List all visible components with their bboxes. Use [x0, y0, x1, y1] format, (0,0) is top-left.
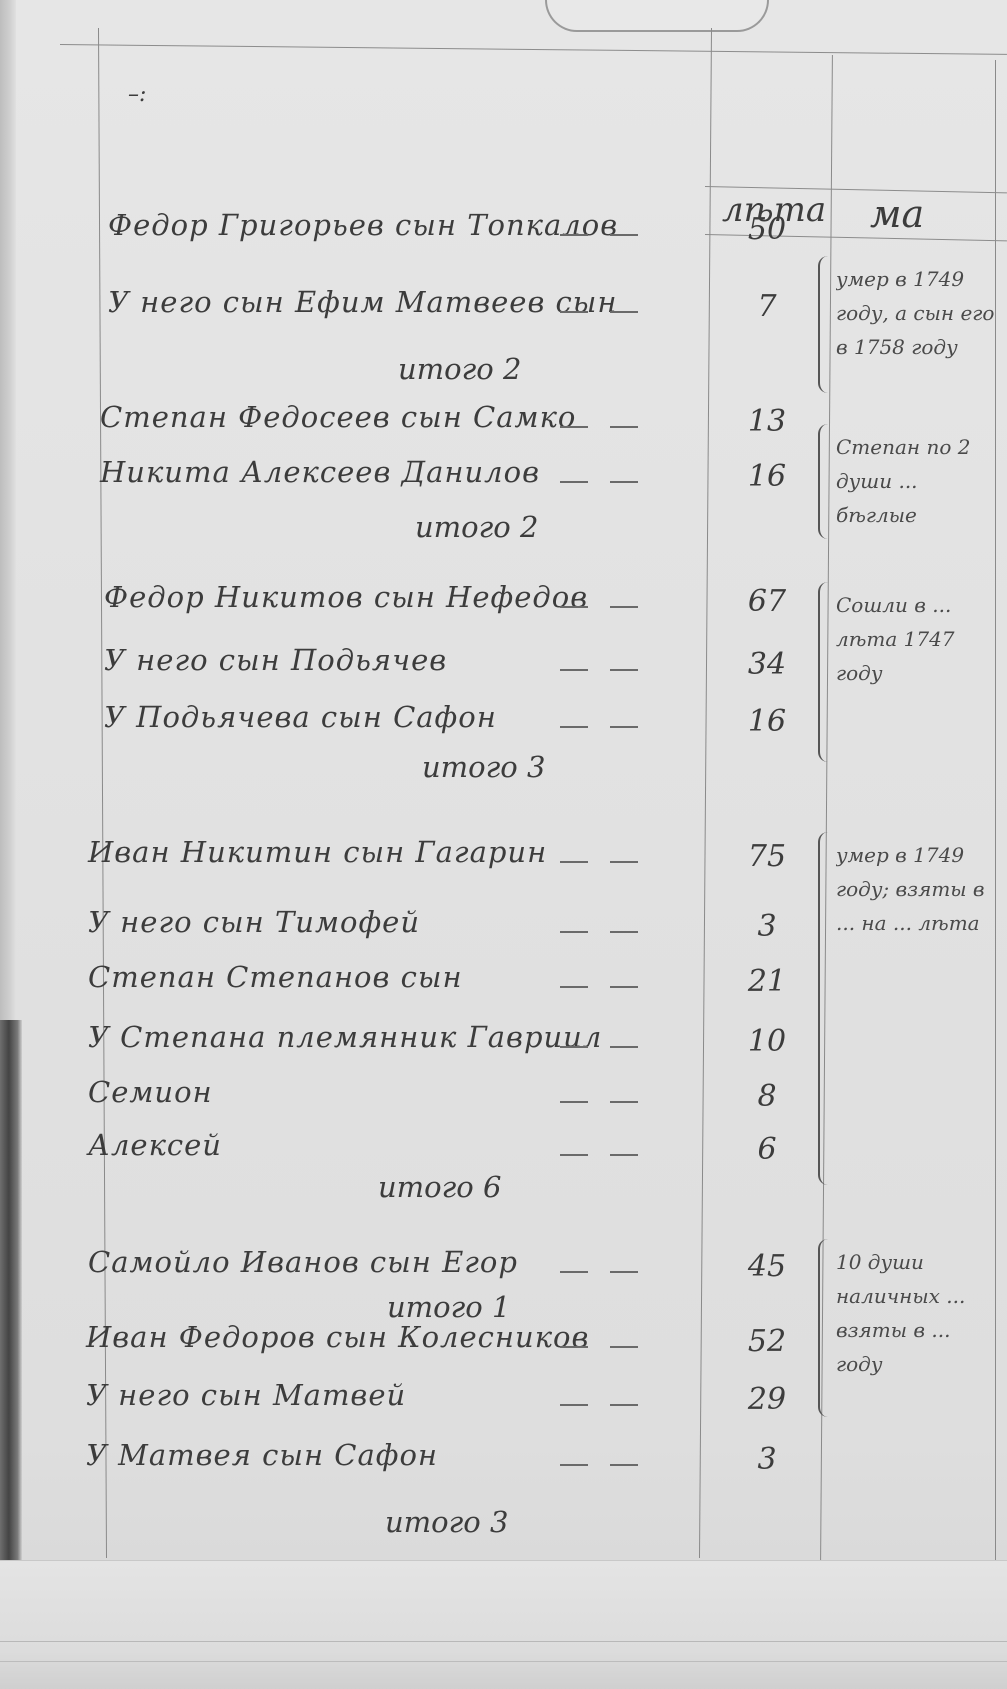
note-column-header: ма: [870, 192, 924, 236]
person-name: У него сын Подьячев: [104, 643, 447, 677]
person-name: Федор Григорьев сын Топкалов: [108, 208, 618, 242]
leader-dash: [560, 1464, 650, 1466]
group-total: итого 3: [385, 1505, 508, 1539]
age-value: 10: [722, 1024, 812, 1059]
age-value: 7: [722, 289, 812, 324]
leader-dash: [560, 1101, 650, 1103]
age-value: 3: [722, 909, 812, 944]
person-name: У Степана племянник Гавриил: [88, 1020, 602, 1054]
leader-dash: [560, 311, 650, 313]
paper-tear: [545, 0, 769, 32]
marginal-note: Степан по 2 души ... бѣглые: [836, 430, 1001, 545]
leader-dash: [560, 481, 650, 483]
age-value: 34: [722, 647, 812, 682]
person-name: Степан Степанов сын: [88, 960, 463, 994]
marginal-note: умер в 1749 году, а сын его в 1758 году: [836, 262, 1001, 399]
age-value: 3: [722, 1442, 812, 1477]
age-value: 67: [722, 584, 812, 619]
person-name: У него сын Ефим Матвеев сын: [108, 285, 618, 319]
person-name: У него сын Матвей: [86, 1378, 406, 1412]
leader-dash: [560, 1404, 650, 1406]
leader-dash: [560, 606, 650, 608]
age-value: 8: [722, 1079, 812, 1114]
leader-dash: [560, 726, 650, 728]
age-value: 50: [722, 212, 812, 247]
age-value: 29: [722, 1382, 812, 1417]
person-name: У Подьячева сын Сафон: [104, 700, 497, 734]
age-value: 52: [722, 1324, 812, 1359]
leader-dash: [560, 1154, 650, 1156]
marginal-note: 10 души наличных ... взяты в ... году: [836, 1245, 1001, 1423]
leader-dash: [560, 1046, 650, 1048]
leader-dash: [560, 234, 650, 236]
top-mark: –:: [128, 82, 146, 107]
age-value: 21: [722, 964, 812, 999]
note-brace: [818, 832, 830, 1185]
group-total: итого 2: [398, 352, 521, 386]
leader-dash: [560, 426, 650, 428]
binding-shadow: [0, 1020, 22, 1560]
person-name: Никита Алексеев Данилов: [100, 455, 540, 489]
person-name: У Матвея сын Сафон: [86, 1438, 438, 1472]
age-column-rule: [699, 28, 712, 1558]
group-total: итого 1: [387, 1290, 510, 1324]
page-bottom-margin: [0, 1560, 1007, 1689]
group-total: итого 3: [422, 750, 545, 784]
person-name: Самойло Иванов сын Егор: [88, 1245, 518, 1279]
marginal-note: умер в 1749 году; взяты в ... на ... лѣт…: [836, 838, 1001, 1191]
group-total: итого 2: [415, 510, 538, 544]
note-brace: [818, 582, 830, 762]
age-value: 13: [722, 404, 812, 439]
leader-dash: [560, 986, 650, 988]
note-brace: [818, 1239, 830, 1417]
person-name: Иван Федоров сын Колесников: [86, 1320, 589, 1354]
manuscript-page: –: лѣта ма Федор Григорьев сын Топкалов5…: [0, 0, 1007, 1689]
person-name: Алексей: [88, 1128, 222, 1162]
top-rule: [60, 44, 1007, 55]
person-name: Федор Никитов сын Нефедов: [104, 580, 588, 614]
leader-dash: [560, 1271, 650, 1273]
age-value: 16: [722, 459, 812, 494]
age-value: 45: [722, 1249, 812, 1284]
person-name: Иван Никитин сын Гагарин: [88, 835, 547, 869]
age-value: 75: [722, 839, 812, 874]
leader-dash: [560, 1346, 650, 1348]
person-name: У него сын Тимофей: [88, 905, 420, 939]
note-brace: [818, 424, 830, 539]
leader-dash: [560, 669, 650, 671]
person-name: Семион: [88, 1075, 213, 1109]
person-name: Степан Федосеев сын Самко: [100, 400, 576, 434]
note-brace: [818, 256, 830, 393]
age-value: 16: [722, 704, 812, 739]
group-total: итого 6: [378, 1170, 501, 1204]
leader-dash: [560, 931, 650, 933]
leader-dash: [560, 861, 650, 863]
age-value: 6: [722, 1132, 812, 1167]
marginal-note: Сошли в ... лѣта 1747 году: [836, 588, 1001, 768]
